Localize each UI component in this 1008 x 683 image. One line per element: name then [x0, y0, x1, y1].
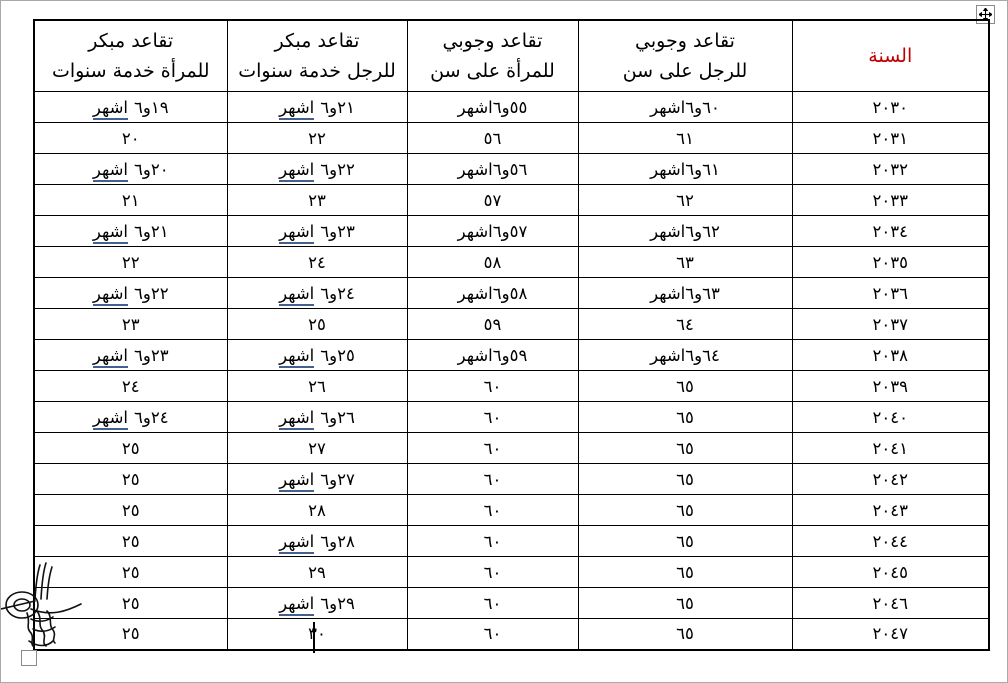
months-word: اشهر — [458, 284, 493, 303]
cell-man-early[interactable]: ٢٦ — [227, 371, 407, 402]
table-row: ٢٠٣٥ ٦٣ ٥٨ ٢٤ ٢٢ — [34, 247, 989, 278]
cell-woman-mandatory[interactable]: ٦٠ — [407, 557, 578, 588]
age-value: ٦٥ — [676, 470, 694, 489]
retirement-ages-table: السنة تقاعد وجوبي للرجل على سن تقاعد وجو… — [33, 19, 990, 651]
table-row: ٢٠٣٩ ٦٥ ٦٠ ٢٦ ٢٤ — [34, 371, 989, 402]
cell-man-mandatory[interactable]: ٦٥ — [578, 526, 792, 557]
year-value: ٢٠٣٨ — [873, 346, 908, 365]
service-value: ٢٢و٦ — [134, 284, 169, 303]
underlined-months-word: اشهر — [93, 98, 128, 120]
age-value: ٥٩ — [484, 315, 502, 334]
header-line: السنة — [793, 41, 989, 71]
year-value: ٢٠٣٦ — [873, 284, 908, 303]
service-value: ٢٤و٦ — [134, 408, 169, 427]
underlined-months-word: اشهر — [279, 408, 314, 430]
age-value: ٦٥ — [676, 377, 694, 396]
document-page: السنة تقاعد وجوبي للرجل على سن تقاعد وجو… — [0, 0, 1008, 683]
year-value: ٢٠٤١ — [873, 439, 908, 458]
service-value: ٢٨و٦ — [320, 532, 355, 551]
service-value: ٢١و٦ — [134, 222, 169, 241]
header-line: تقاعد مبكر — [35, 26, 227, 56]
cell-woman-early[interactable]: ٢٥ — [34, 588, 227, 619]
cell-man-early[interactable]: ٢٧و٦اشهر — [227, 464, 407, 495]
cell-man-early[interactable]: ٢٨و٦اشهر — [227, 526, 407, 557]
age-value: ٦٣و٦ — [685, 284, 720, 303]
table-row: ٢٠٣٧ ٦٤ ٥٩ ٢٥ ٢٣ — [34, 309, 989, 340]
cell-year[interactable]: ٢٠٤٤ — [792, 526, 989, 557]
age-value: ٥٧و٦ — [493, 222, 528, 241]
cell-woman-early[interactable]: ٢١و٦اشهر — [34, 216, 227, 247]
service-value: ٢٥ — [308, 315, 326, 334]
column-header-woman-early[interactable]: تقاعد مبكر للمرأة خدمة سنوات — [34, 20, 227, 92]
cell-man-mandatory[interactable]: ٦١ — [578, 123, 792, 154]
header-line: للرجل خدمة سنوات — [228, 56, 407, 86]
months-word: اشهر — [650, 160, 685, 179]
underlined-months-word: اشهر — [93, 346, 128, 368]
cell-woman-early[interactable]: ٢٥ — [34, 464, 227, 495]
underlined-months-word: اشهر — [279, 160, 314, 182]
year-value: ٢٠٣٩ — [873, 377, 908, 396]
cell-year[interactable]: ٢٠٤٠ — [792, 402, 989, 433]
service-value: ٢٧و٦ — [320, 470, 355, 489]
service-value: ٢٤ — [308, 253, 326, 272]
cell-woman-mandatory[interactable]: ٦٠ — [407, 588, 578, 619]
year-value: ٢٠٤٥ — [873, 563, 908, 582]
service-value: ٢٤ — [122, 377, 140, 396]
cell-man-mandatory[interactable]: ٦٠و٦اشهر — [578, 92, 792, 123]
cell-woman-mandatory[interactable]: ٥٧ — [407, 185, 578, 216]
underlined-months-word: اشهر — [93, 160, 128, 182]
table-row: ٢٠٤٦ ٦٥ ٦٠ ٢٩و٦اشهر ٢٥ — [34, 588, 989, 619]
cell-woman-mandatory[interactable]: ٦٠ — [407, 371, 578, 402]
cell-woman-early[interactable]: ٢١ — [34, 185, 227, 216]
cell-woman-early[interactable]: ٢٢و٦اشهر — [34, 278, 227, 309]
cell-man-mandatory[interactable]: ٦٥ — [578, 402, 792, 433]
service-value: ٢٩ — [308, 563, 326, 582]
age-value: ٦٠ — [484, 470, 502, 489]
age-value: ٦٥ — [676, 594, 694, 613]
age-value: ٦٠ — [484, 532, 502, 551]
table-resize-handle[interactable] — [21, 650, 37, 666]
header-row: السنة تقاعد وجوبي للرجل على سن تقاعد وجو… — [34, 20, 989, 92]
months-word: اشهر — [458, 160, 493, 179]
table-row: ٢٠٤٠ ٦٥ ٦٠ ٢٦و٦اشهر ٢٤و٦اشهر — [34, 402, 989, 433]
age-value: ٦٠ — [484, 501, 502, 520]
service-value: ٢٢ — [308, 129, 326, 148]
age-value: ٥٦ — [484, 129, 502, 148]
header-line: تقاعد وجوبي — [408, 26, 578, 56]
year-value: ٢٠٣٠ — [873, 98, 908, 117]
service-value: ٢١ — [122, 191, 140, 210]
table-row: ٢٠٤٧ ٦٥ ٦٠ ٣٠ ٢٥ — [34, 619, 989, 650]
age-value: ٥٦و٦ — [493, 160, 528, 179]
cell-man-early[interactable]: ٢٧ — [227, 433, 407, 464]
year-value: ٢٠٣١ — [873, 129, 908, 148]
cell-woman-early[interactable]: ٢٢ — [34, 247, 227, 278]
table-row: ٢٠٤٥ ٦٥ ٦٠ ٢٩ ٢٥ — [34, 557, 989, 588]
age-value: ٦٤و٦ — [685, 346, 720, 365]
cell-year[interactable]: ٢٠٣٧ — [792, 309, 989, 340]
text-cursor — [313, 622, 315, 653]
header-line: للمرأة على سن — [408, 56, 578, 86]
underlined-months-word: اشهر — [279, 346, 314, 368]
year-value: ٢٠٤٣ — [873, 501, 908, 520]
table-row: ٢٠٣٠ ٦٠و٦اشهر ٥٥و٦اشهر ٢١و٦اشهر ١٩و٦اشهر — [34, 92, 989, 123]
underlined-months-word: اشهر — [93, 408, 128, 430]
underlined-months-word: اشهر — [93, 222, 128, 244]
cell-woman-mandatory[interactable]: ٥٩و٦اشهر — [407, 340, 578, 371]
cell-woman-mandatory[interactable]: ٥٨و٦اشهر — [407, 278, 578, 309]
cell-man-early[interactable]: ٢٣و٦اشهر — [227, 216, 407, 247]
table-row: ٢٠٣١ ٦١ ٥٦ ٢٢ ٢٠ — [34, 123, 989, 154]
cell-year[interactable]: ٢٠٣٩ — [792, 371, 989, 402]
column-header-man-mandatory[interactable]: تقاعد وجوبي للرجل على سن — [578, 20, 792, 92]
service-value: ٢٥ — [122, 470, 140, 489]
column-header-woman-mandatory[interactable]: تقاعد وجوبي للمرأة على سن — [407, 20, 578, 92]
cell-woman-mandatory[interactable]: ٥٦و٦اشهر — [407, 154, 578, 185]
age-value: ٥٧ — [484, 191, 502, 210]
age-value: ٥٨ — [484, 253, 502, 272]
cell-man-early[interactable]: ٢٥ — [227, 309, 407, 340]
cell-man-mandatory[interactable]: ٦٣ — [578, 247, 792, 278]
cell-year[interactable]: ٢٠٤١ — [792, 433, 989, 464]
months-word: اشهر — [650, 284, 685, 303]
cell-year[interactable]: ٢٠٤٧ — [792, 619, 989, 650]
age-value: ٦١ — [676, 129, 694, 148]
table-row: ٢٠٣٣ ٦٢ ٥٧ ٢٣ ٢١ — [34, 185, 989, 216]
cell-woman-early[interactable]: ٢٥ — [34, 433, 227, 464]
age-value: ٦١و٦ — [685, 160, 720, 179]
age-value: ٦٥ — [676, 439, 694, 458]
year-value: ٢٠٤٦ — [873, 594, 908, 613]
cell-woman-early[interactable]: ٢٥ — [34, 495, 227, 526]
cell-man-early[interactable]: ٢٤ — [227, 247, 407, 278]
year-value: ٢٠٤٠ — [873, 408, 908, 427]
age-value: ٦٥ — [676, 624, 694, 643]
column-header-man-early[interactable]: تقاعد مبكر للرجل خدمة سنوات — [227, 20, 407, 92]
cell-year[interactable]: ٢٠٣٤ — [792, 216, 989, 247]
cell-woman-early[interactable]: ٢٤ — [34, 371, 227, 402]
age-value: ٦٠ — [484, 563, 502, 582]
cell-woman-early[interactable]: ٢٠ — [34, 123, 227, 154]
service-value: ٢٠ — [122, 129, 140, 148]
cell-man-early[interactable]: ٢٣ — [227, 185, 407, 216]
cell-woman-early[interactable]: ٢٠و٦اشهر — [34, 154, 227, 185]
age-value: ٦٥ — [676, 501, 694, 520]
cell-man-early[interactable]: ٢٩و٦اشهر — [227, 588, 407, 619]
header-line: تقاعد مبكر — [228, 26, 407, 56]
age-value: ٦٠ — [484, 624, 502, 643]
year-value: ٢٠٤٧ — [873, 624, 908, 643]
cell-woman-mandatory[interactable]: ٦٠ — [407, 526, 578, 557]
cell-woman-mandatory[interactable]: ٥٩ — [407, 309, 578, 340]
cell-man-early[interactable]: ٣٠ — [227, 619, 407, 650]
underlined-months-word: اشهر — [279, 284, 314, 306]
column-header-year[interactable]: السنة — [792, 20, 989, 92]
table-row: ٢٠٣٢ ٦١و٦اشهر ٥٦و٦اشهر ٢٢و٦اشهر ٢٠و٦اشهر — [34, 154, 989, 185]
service-value: ٢٠و٦ — [134, 160, 169, 179]
cell-man-mandatory[interactable]: ٦٤و٦اشهر — [578, 340, 792, 371]
cell-man-mandatory[interactable]: ٦٣و٦اشهر — [578, 278, 792, 309]
cell-man-mandatory[interactable]: ٦٥ — [578, 371, 792, 402]
cell-woman-mandatory[interactable]: ٥٦ — [407, 123, 578, 154]
service-value: ٢٣ — [308, 191, 326, 210]
table-row: ٢٠٤٢ ٦٥ ٦٠ ٢٧و٦اشهر ٢٥ — [34, 464, 989, 495]
table-row: ٢٠٣٨ ٦٤و٦اشهر ٥٩و٦اشهر ٢٥و٦اشهر ٢٣و٦اشهر — [34, 340, 989, 371]
service-value: ٢٥ — [122, 439, 140, 458]
underlined-months-word: اشهر — [279, 222, 314, 244]
cell-year[interactable]: ٢٠٤٢ — [792, 464, 989, 495]
year-value: ٢٠٣٥ — [873, 253, 908, 272]
cell-year[interactable]: ٢٠٣٢ — [792, 154, 989, 185]
months-word: اشهر — [650, 222, 685, 241]
age-value: ٥٩و٦ — [493, 346, 528, 365]
table-row: ٢٠٤٣ ٦٥ ٦٠ ٢٨ ٢٥ — [34, 495, 989, 526]
cell-year[interactable]: ٢٠٣٠ — [792, 92, 989, 123]
cell-man-early[interactable]: ٢٢و٦اشهر — [227, 154, 407, 185]
table-row: ٢٠٤٤ ٦٥ ٦٠ ٢٨و٦اشهر ٢٥ — [34, 526, 989, 557]
cell-year[interactable]: ٢٠٣٦ — [792, 278, 989, 309]
cell-man-mandatory[interactable]: ٦٥ — [578, 433, 792, 464]
cell-woman-mandatory[interactable]: ٥٧و٦اشهر — [407, 216, 578, 247]
service-value: ٢٤و٦ — [320, 284, 355, 303]
underlined-months-word: اشهر — [279, 532, 314, 554]
cell-woman-early[interactable]: ٢٤و٦اشهر — [34, 402, 227, 433]
cell-man-early[interactable]: ٢١و٦اشهر — [227, 92, 407, 123]
cell-woman-mandatory[interactable]: ٥٥و٦اشهر — [407, 92, 578, 123]
cell-man-mandatory[interactable]: ٦٥ — [578, 495, 792, 526]
age-value: ٥٨و٦ — [493, 284, 528, 303]
year-value: ٢٠٤٢ — [873, 470, 908, 489]
underlined-months-word: اشهر — [279, 470, 314, 492]
service-value: ٢٦و٦ — [320, 408, 355, 427]
age-value: ٦٥ — [676, 408, 694, 427]
service-value: ٢٩و٦ — [320, 594, 355, 613]
table-row: ٢٠٣٦ ٦٣و٦اشهر ٥٨و٦اشهر ٢٤و٦اشهر ٢٢و٦اشهر — [34, 278, 989, 309]
months-word: اشهر — [650, 98, 685, 117]
service-value: ٢٥ — [122, 563, 140, 582]
age-value: ٦٥ — [676, 563, 694, 582]
cell-woman-early[interactable]: ١٩و٦اشهر — [34, 92, 227, 123]
cell-year[interactable]: ٢٠٤٣ — [792, 495, 989, 526]
service-value: ٢٣و٦ — [134, 346, 169, 365]
cell-man-mandatory[interactable]: ٦٢ — [578, 185, 792, 216]
service-value: ٢٥و٦ — [320, 346, 355, 365]
cell-woman-mandatory[interactable]: ٦٠ — [407, 433, 578, 464]
age-value: ٦٠و٦ — [685, 98, 720, 117]
cell-woman-mandatory[interactable]: ٦٠ — [407, 464, 578, 495]
service-value: ٢٥ — [122, 532, 140, 551]
cell-man-early[interactable]: ٢٤و٦اشهر — [227, 278, 407, 309]
header-line: للرجل على سن — [579, 56, 792, 86]
service-value: ٢٦ — [308, 377, 326, 396]
cell-woman-early[interactable]: ٢٥ — [34, 619, 227, 650]
cell-man-mandatory[interactable]: ٦٥ — [578, 588, 792, 619]
cell-woman-mandatory[interactable]: ٦٠ — [407, 619, 578, 650]
service-value: ٢٢و٦ — [320, 160, 355, 179]
service-value: ٢٨ — [308, 501, 326, 520]
cell-man-early[interactable]: ٢٩ — [227, 557, 407, 588]
age-value: ٦٠ — [484, 408, 502, 427]
underlined-months-word: اشهر — [279, 98, 314, 120]
header-line: للمرأة خدمة سنوات — [35, 56, 227, 86]
age-value: ٥٥و٦ — [493, 98, 528, 117]
age-value: ٦٠ — [484, 377, 502, 396]
year-value: ٢٠٣٢ — [873, 160, 908, 179]
cell-woman-early[interactable]: ٢٣و٦اشهر — [34, 340, 227, 371]
age-value: ٦٠ — [484, 594, 502, 613]
table-body: ٢٠٣٠ ٦٠و٦اشهر ٥٥و٦اشهر ٢١و٦اشهر ١٩و٦اشهر… — [34, 92, 989, 650]
age-value: ٦٢و٦ — [685, 222, 720, 241]
age-value: ٦٤ — [676, 315, 694, 334]
cell-year[interactable]: ٢٠٤٥ — [792, 557, 989, 588]
cell-woman-mandatory[interactable]: ٦٠ — [407, 495, 578, 526]
months-word: اشهر — [458, 346, 493, 365]
cell-year[interactable]: ٢٠٤٦ — [792, 588, 989, 619]
table-row: ٢٠٤١ ٦٥ ٦٠ ٢٧ ٢٥ — [34, 433, 989, 464]
cell-man-early[interactable]: ٢٦و٦اشهر — [227, 402, 407, 433]
service-value: ٣٠ — [308, 624, 326, 643]
cell-year[interactable]: ٢٠٣٥ — [792, 247, 989, 278]
service-value: ٢١و٦ — [320, 98, 355, 117]
cell-year[interactable]: ٢٠٣٣ — [792, 185, 989, 216]
service-value: ٢٥ — [122, 594, 140, 613]
year-value: ٢٠٣٧ — [873, 315, 908, 334]
cell-man-mandatory[interactable]: ٦٥ — [578, 557, 792, 588]
age-value: ٦٠ — [484, 439, 502, 458]
cell-year[interactable]: ٢٠٣١ — [792, 123, 989, 154]
cell-man-early[interactable]: ٢٨ — [227, 495, 407, 526]
cell-woman-early[interactable]: ٢٥ — [34, 557, 227, 588]
year-value: ٢٠٣٣ — [873, 191, 908, 210]
service-value: ٢٣و٦ — [320, 222, 355, 241]
cell-man-mandatory[interactable]: ٦٥ — [578, 464, 792, 495]
underlined-months-word: اشهر — [279, 594, 314, 616]
cell-man-mandatory[interactable]: ٦٢و٦اشهر — [578, 216, 792, 247]
header-line: تقاعد وجوبي — [579, 26, 792, 56]
age-value: ٦٥ — [676, 532, 694, 551]
cell-woman-early[interactable]: ٢٥ — [34, 526, 227, 557]
cell-woman-mandatory[interactable]: ٥٨ — [407, 247, 578, 278]
service-value: ٢٧ — [308, 439, 326, 458]
underlined-months-word: اشهر — [93, 284, 128, 306]
cell-man-early[interactable]: ٢٢ — [227, 123, 407, 154]
age-value: ٦٢ — [676, 191, 694, 210]
cell-man-mandatory[interactable]: ٦١و٦اشهر — [578, 154, 792, 185]
cell-woman-early[interactable]: ٢٣ — [34, 309, 227, 340]
cell-year[interactable]: ٢٠٣٨ — [792, 340, 989, 371]
table-row: ٢٠٣٤ ٦٢و٦اشهر ٥٧و٦اشهر ٢٣و٦اشهر ٢١و٦اشهر — [34, 216, 989, 247]
cell-man-early[interactable]: ٢٥و٦اشهر — [227, 340, 407, 371]
service-value: ٢٣ — [122, 315, 140, 334]
year-value: ٢٠٤٤ — [873, 532, 908, 551]
cell-man-mandatory[interactable]: ٦٤ — [578, 309, 792, 340]
service-value: ٢٢ — [122, 253, 140, 272]
age-value: ٦٣ — [676, 253, 694, 272]
year-value: ٢٠٣٤ — [873, 222, 908, 241]
cell-woman-mandatory[interactable]: ٦٠ — [407, 402, 578, 433]
months-word: اشهر — [458, 98, 493, 117]
service-value: ٢٥ — [122, 624, 140, 643]
cell-man-mandatory[interactable]: ٦٥ — [578, 619, 792, 650]
months-word: اشهر — [650, 346, 685, 365]
months-word: اشهر — [458, 222, 493, 241]
service-value: ٢٥ — [122, 501, 140, 520]
service-value: ١٩و٦ — [134, 98, 169, 117]
